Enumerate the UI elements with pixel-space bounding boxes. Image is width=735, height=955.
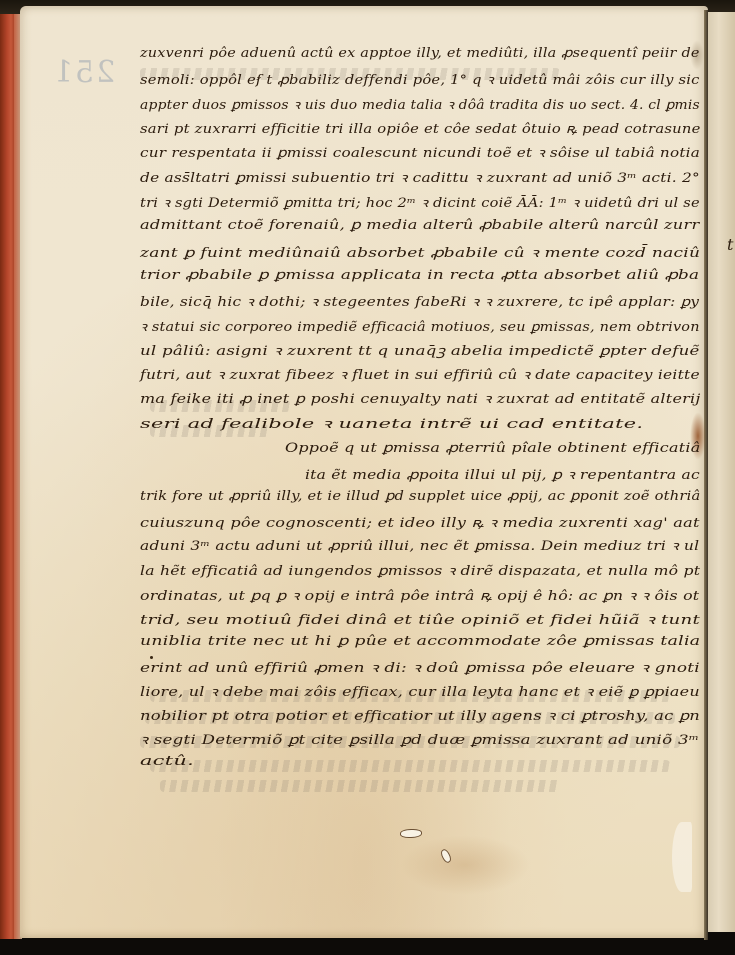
text-line: de ass̄ltatri ꝑmissi subuentio tri ꝛ cad… [140,168,700,186]
text-line: la hẽt efficatiâ ad iungendos ꝑmissos ꝛ … [140,561,700,579]
text-line: Oppoẽ q ut ꝑmissa ꝓterriû pîale obtinent… [285,441,701,456]
text-line: futri, aut ꝛ zuxrat fibeez ꝛ fluet in su… [140,365,700,383]
bleed-through-page-number: 251 [52,55,115,90]
text-line: bile, sicq̄ hic ꝛ dothi; ꝛ stegeentes fa… [140,292,699,310]
worm-hole [400,829,422,838]
text-line: ꝛ statui sic corporeo impediẽ efficaciâ … [140,317,700,335]
margin-mark [150,656,153,659]
text-line: ma feike iti ꝓ inet ꝑ poshi cenuyalty na… [140,389,701,407]
text-line: cur respentata ii ꝑmissi coalescunt nicu… [140,143,700,161]
text-line: appter duos ꝑmissos ꝛ uis duo media tali… [140,95,700,113]
text-line: semoli: oppôl eẜ t ꝓbabiliz deffendi pôe… [140,70,700,88]
manuscript-scene: t 251 zuxvenri pôe aduenû actû ex apptoe… [0,0,735,955]
text-line: uniblia trite nec ut hi ꝑ pûe et accommo… [140,634,700,649]
facing-page-edge [708,12,735,932]
text-line: ita ẽt media ꝓpoita illui ul pij, ꝑ ꝛ re… [305,465,700,483]
text-line: trior ꝓbabile ꝑ ꝑmissa applicata in rect… [140,268,699,283]
text-line: nobilior pt otra potior et efficatior ut… [140,706,700,724]
text-line: ul pâliû: asigni ꝛ zuxrent tt q unaq̄ꝫ a… [140,341,700,359]
text-line: seri ad fealibole ꝛ uaneta intrẽ ui cad … [140,414,643,432]
text-line: ꝛ segti Determiõ ꝑt cite ꝑsilla ꝑd duæ ꝑ… [140,730,699,748]
text-line: zant ꝑ fuint mediûnaiû absorbet ꝓbabile … [140,243,700,261]
text-line: aduni 3ᵐ actu aduni ut ꝓpriû illui, nec … [140,536,699,554]
text-line: sari pt zuxrarri efficitie tri illa opiô… [140,119,701,137]
text-line: trid, seu motiuû fidei dinâ et tiûe opin… [140,610,700,628]
text-line: erint ad unû effiriû ꝓmen ꝛ di: ꝛ doû ꝑm… [140,658,700,676]
text-line: tri ꝛ sgti Determiõ ꝑmitta tri; hoc 2ᵐ ꝛ… [140,193,700,211]
text-line: ordinatas, ut ꝑq ꝑ ꝛ opij e intrâ pôe in… [140,586,699,604]
bleed-through-line [150,760,670,772]
text-line: admittant ctoẽ forenaiû, ꝑ media alterû … [140,218,699,233]
text-line: liore, ul ꝛ debe mai zôis efficax, cur i… [140,682,700,700]
text-line: trik fore ut ꝓpriû illy, et ie illud ꝑd … [140,489,701,504]
torn-corner [672,822,692,892]
facing-page-letter: t [727,235,733,254]
foxing-stain [400,835,530,895]
bleed-through-line [160,780,560,792]
text-line: cuiuszunq pôe cognoscenti; et ideo illy … [140,513,700,531]
text-line: zuxvenri pôe aduenû actû ex apptoe illy,… [140,46,700,61]
text-line: actû. [140,754,194,769]
